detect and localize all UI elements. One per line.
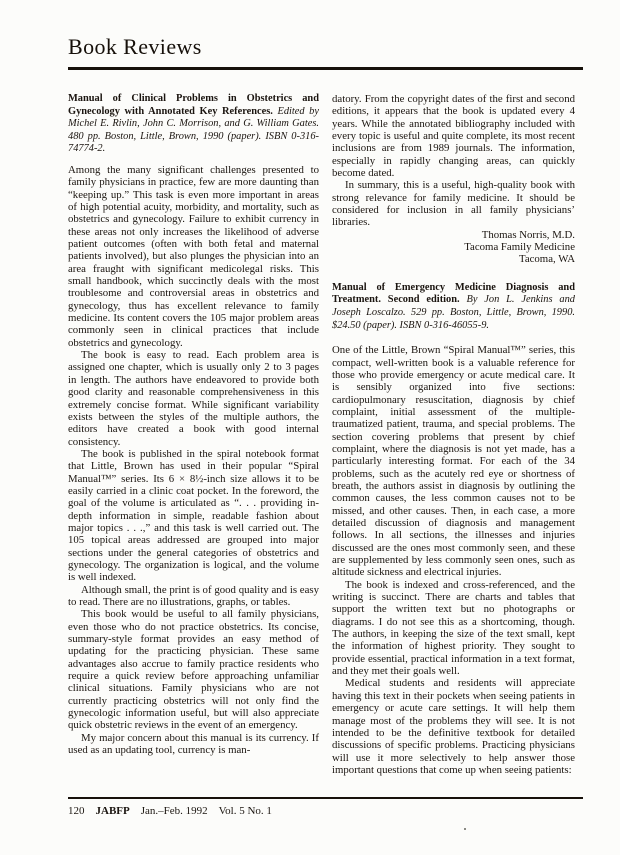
paragraph: My major concern about this manual is it… <box>68 732 319 757</box>
paragraph: In summary, this is a useful, high-quali… <box>332 179 575 228</box>
reviewer-affiliation: Tacoma Family Medicine <box>332 241 575 253</box>
page-number: 120 <box>68 805 85 817</box>
header-rule <box>68 67 583 70</box>
journal-abbrev: JABFP <box>96 805 130 817</box>
paragraph: Among the many significant challenges pr… <box>68 164 319 349</box>
paragraph: Although small, the print is of good qua… <box>68 584 319 609</box>
scan-artifact-speck <box>464 828 466 830</box>
footer-rule <box>68 797 583 799</box>
reviewer-name: Thomas Norris, M.D. <box>332 229 575 241</box>
left-column: Manual of Clinical Problems in Obstetric… <box>68 93 319 776</box>
paragraph-continuation: datory. From the copyright dates of the … <box>332 93 575 179</box>
footer-line: 120 JABFP Jan.–Feb. 1992 Vol. 5 No. 1 <box>68 805 583 817</box>
two-column-content: Manual of Clinical Problems in Obstetric… <box>68 93 583 776</box>
page-title: Book Reviews <box>68 34 583 60</box>
paragraph: This book would be useful to all family … <box>68 608 319 731</box>
journal-page: Book Reviews Manual of Clinical Problems… <box>0 0 620 855</box>
page-footer: 120 JABFP Jan.–Feb. 1992 Vol. 5 No. 1 <box>68 797 583 817</box>
reviewer-location: Tacoma, WA <box>332 253 575 265</box>
right-column: datory. From the copyright dates of the … <box>332 93 575 776</box>
paragraph: The book is published in the spiral note… <box>68 448 319 584</box>
volume-issue: Vol. 5 No. 1 <box>219 805 272 817</box>
paragraph: The book is indexed and cross-referenced… <box>332 579 575 678</box>
paragraph: One of the Little, Brown “Spiral Manual™… <box>332 344 575 579</box>
reviewer-signature: Thomas Norris, M.D. Tacoma Family Medici… <box>332 229 575 266</box>
book-citation-1: Manual of Clinical Problems in Obstetric… <box>68 93 319 156</box>
paragraph: Medical students and residents will appr… <box>332 677 575 776</box>
book-citation-2: Manual of Emergency Medicine Diagnosis a… <box>332 282 575 332</box>
paragraph: The book is easy to read. Each problem a… <box>68 349 319 448</box>
issue-date: Jan.–Feb. 1992 <box>141 805 208 817</box>
